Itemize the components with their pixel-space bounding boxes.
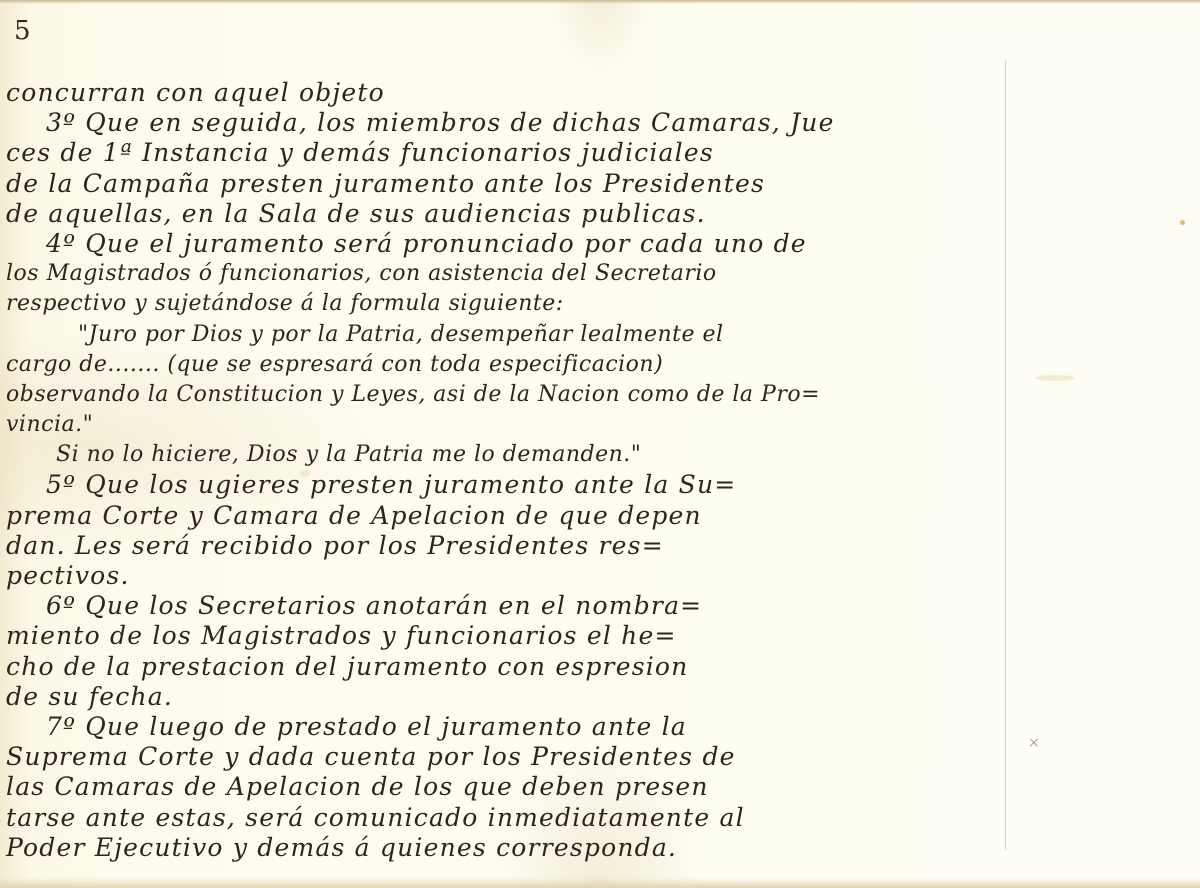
text-line: cho de la prestacion del juramento con e…	[6, 652, 1006, 682]
text-line: concurran con aquel objeto	[6, 78, 1006, 108]
text-line: 6º Que los Secretarios anotarán en el no…	[6, 591, 1006, 621]
text-line: 7º Que luego de prestado el juramento an…	[6, 712, 1006, 742]
text-line: Poder Ejecutivo y demás á quienes corres…	[6, 833, 1006, 863]
page-top-edge	[0, 0, 1200, 4]
text-line: observando la Constitucion y Leyes, asi …	[6, 380, 1006, 410]
text-line: de la Campaña presten juramento ante los…	[6, 169, 1006, 199]
margin-cross-mark: ×	[1028, 735, 1040, 751]
text-line: tarse ante estas, será comunicado inmedi…	[6, 803, 1006, 833]
text-line: los Magistrados ó funcionarios, con asis…	[6, 259, 1006, 289]
text-line: "Juro por Dios y por la Patria, desempeñ…	[6, 320, 1006, 350]
text-line: cargo de....... (que se espresará con to…	[6, 350, 1006, 380]
page-number: 5	[14, 16, 31, 46]
text-line: 4º Que el juramento será pronunciado por…	[6, 229, 1006, 259]
text-line: Si no lo hiciere, Dios y la Patria me lo…	[6, 440, 1006, 470]
text-line: las Camaras de Apelacion de los que debe…	[6, 772, 1006, 802]
page-bottom-edge	[0, 878, 1200, 888]
text-line: de aquellas, en la Sala de sus audiencia…	[6, 199, 1006, 229]
text-line: pectivos.	[6, 561, 1006, 591]
text-line: 5º Que los ugieres presten juramento ant…	[6, 470, 1006, 500]
text-line: respectivo y sujetándose á la formula si…	[6, 289, 1006, 319]
text-line: dan. Les será recibido por los President…	[6, 531, 1006, 561]
text-line: 3º Que en seguida, los miembros de dicha…	[6, 108, 1006, 138]
text-line: vincia."	[6, 410, 1006, 440]
text-line: miento de los Magistrados y funcionarios…	[6, 621, 1006, 651]
paper-stain	[1035, 375, 1075, 381]
text-line: ces de 1ª Instancia y demás funcionarios…	[6, 138, 1006, 168]
paper-stain	[1180, 220, 1185, 225]
text-line: Suprema Corte y dada cuenta por los Pres…	[6, 742, 1006, 772]
handwritten-text: concurran con aquel objeto 3º Que en seg…	[6, 78, 1006, 863]
text-line: de su fecha.	[6, 682, 1006, 712]
manuscript-page: 5 concurran con aquel objeto 3º Que en s…	[0, 0, 1200, 888]
text-line: prema Corte y Camara de Apelacion de que…	[6, 501, 1006, 531]
